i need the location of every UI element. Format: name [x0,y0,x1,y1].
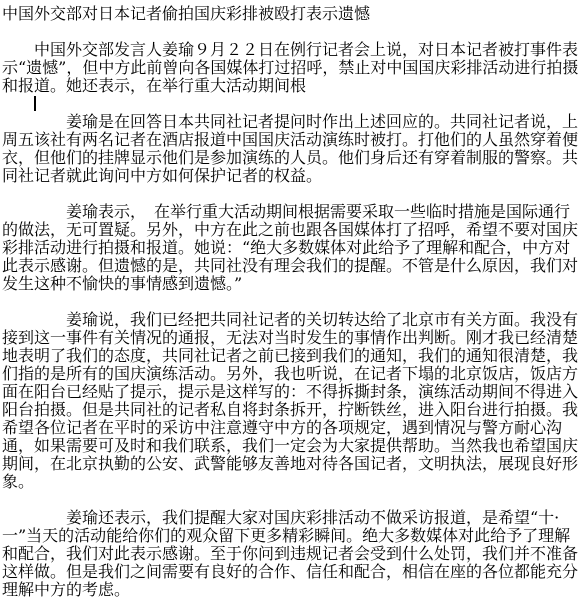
text-cursor [34,96,36,111]
paragraph-1: 中国外交部发言人姜瑜９月２２日在例行记者会上说，对日本记者被打事件表示“遗憾”，… [2,41,582,95]
paragraph-4: 姜瑜说，我们已经把共同社记者的关切转达给了北京市有关方面。我没有接到这一事件有关… [2,311,582,491]
text-cursor-line [2,95,582,113]
paragraph-5: 姜瑜还表示，我们提醒大家对国庆彩排活动不做采访报道，是希望“十·一”当天的活动能… [2,509,582,599]
paragraph-3: 姜瑜表示， 在举行重大活动期间根据需要采取一些临时措施是国际通行的做法，无可置疑… [2,203,582,293]
document-title: 中国外交部对日本记者偷拍国庆彩排被殴打表示遗憾 [2,5,582,23]
document-text-area[interactable]: 中国外交部对日本记者偷拍国庆彩排被殴打表示遗憾 中国外交部发言人姜瑜９月２２日在… [0,0,582,601]
paragraph-2: 姜瑜是在回答日本共同社记者提问时作出上述回应的。共同社记者说，上周五该社有两名记… [2,113,582,185]
